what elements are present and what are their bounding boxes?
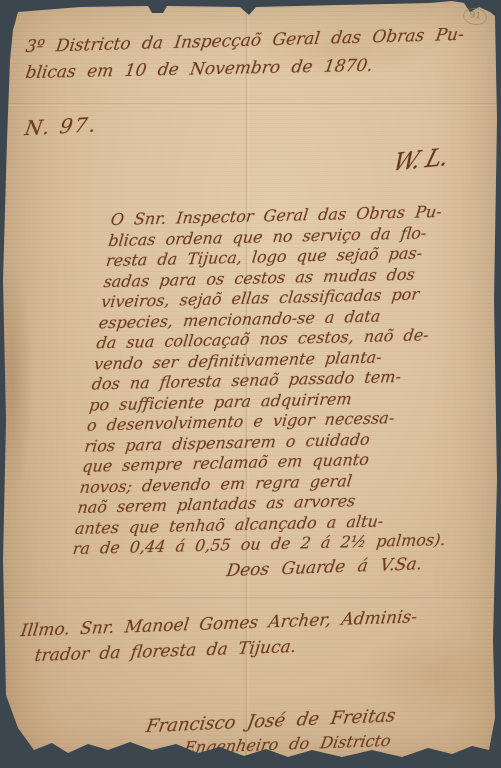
letter-body: O Snr. Inspector Geral das Obras Pu- bli… bbox=[72, 201, 497, 560]
letter-number: N. 97. bbox=[23, 112, 99, 140]
paper-horizontal-crease-top bbox=[0, 103, 501, 106]
scanned-document-background: 3º Districto da Inspecçaõ Geral das Obra… bbox=[0, 0, 501, 768]
paper-horizontal-crease-bottom bbox=[0, 597, 501, 600]
paper-sheet: 3º Districto da Inspecçaõ Geral das Obra… bbox=[0, 0, 501, 768]
